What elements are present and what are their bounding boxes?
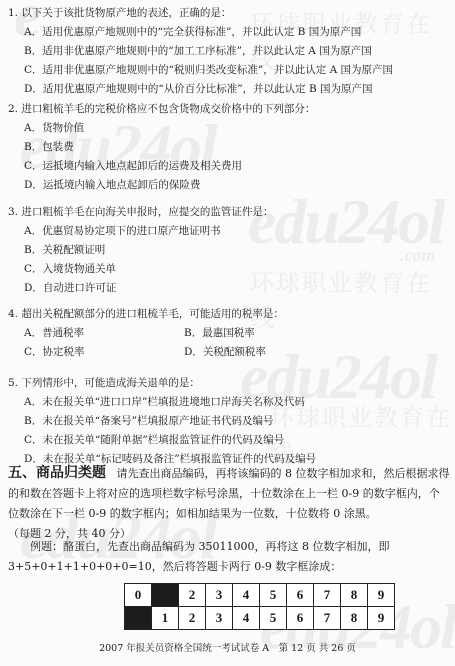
- question-stem: 5. 下列情形中，可能造成海关退单的是：: [8, 374, 316, 393]
- watermark-com: .com: [400, 245, 436, 266]
- option-c: C．运抵境内输入地点起卸后的运费及相关费用: [24, 157, 315, 176]
- digit-box[interactable]: 3: [206, 607, 233, 630]
- digit-box-filled[interactable]: 1: [152, 584, 179, 607]
- example-line-1: 例题：酪蛋白，先查出商品编码为 35011000，再将这 8 位数字相加，即: [8, 537, 450, 557]
- digit-box[interactable]: 2: [179, 607, 206, 630]
- digit-box-filled[interactable]: 0: [125, 607, 152, 630]
- digit-box[interactable]: 6: [287, 607, 314, 630]
- question-3: 3. 进口粗梳羊毛在向海关申报时，应提交的监管证件是： A．优惠贸易协定项下的进…: [8, 203, 273, 298]
- option-a: A．货物价值: [24, 119, 315, 138]
- option-b: B．未在报关单“备案号”栏填报原产地证书代码及编号: [24, 412, 316, 431]
- digit-box[interactable]: 6: [287, 584, 314, 607]
- question-5: 5. 下列情形中，可能造成海关退单的是： A．未在报关单“进口口岸”栏填报进境地…: [8, 374, 316, 469]
- question-2: 2. 进口粗梳羊毛的完税价格应不包含货物成交价格中的下列部分： A．货物价值 B…: [8, 100, 315, 195]
- digit-box[interactable]: 2: [179, 584, 206, 607]
- digit-box[interactable]: 4: [233, 607, 260, 630]
- watermark-logo: edu24ol: [248, 185, 444, 259]
- example-line-2: 3+5+0+1+1+0+0+0=10，然后将答题卡两行 0-9 数字框涂成：: [8, 557, 450, 577]
- option-a: A．优惠贸易协定项下的进口原产地证明书: [24, 222, 273, 241]
- example-block: 例题：酪蛋白，先查出商品编码为 35011000，再将这 8 位数字相加，即 3…: [8, 537, 450, 577]
- question-1: 1. 以下关于该批货物原产地的表述，正确的是： A．适用优惠原产地规则中的“完全…: [8, 4, 393, 99]
- answer-card-units-row: 0 1 2 3 4 5 6 7 8 9: [125, 607, 395, 630]
- option-d: D．适用优惠原产地规则中的“从价百分比标准”，并以此认定 B 国为原产国: [24, 80, 393, 99]
- digit-box[interactable]: 9: [368, 584, 395, 607]
- option-c: C．适用非优惠原产地规则中的“税则归类改变标准”，并以此认定 A 国为原产国: [24, 61, 393, 80]
- answer-card: 0 1 2 3 4 5 6 7 8 9 0 1 2 3 4 5 6 7 8 9: [124, 583, 395, 630]
- digit-box[interactable]: 1: [152, 607, 179, 630]
- option-d: D．关税配额税率: [184, 343, 384, 362]
- digit-box[interactable]: 7: [314, 607, 341, 630]
- option-b: B．关税配额证明: [24, 241, 273, 260]
- question-stem: 1. 以下关于该批货物原产地的表述，正确的是：: [8, 4, 393, 23]
- digit-box[interactable]: 8: [341, 607, 368, 630]
- question-4: 4. 超出关税配额部分的进口粗梳羊毛，可能适用的税率是： A．普通税率 B．最惠…: [8, 305, 384, 362]
- digit-box[interactable]: 7: [314, 584, 341, 607]
- question-stem: 3. 进口粗梳羊毛在向海关申报时，应提交的监管证件是：: [8, 203, 273, 222]
- digit-box[interactable]: 0: [125, 584, 152, 607]
- option-b: B．适用非优惠原产地规则中的“加工工序标准”，并以此认定 A 国为原产国: [24, 42, 393, 61]
- option-d: D．自动进口许可证: [24, 279, 273, 298]
- digit-box[interactable]: 5: [260, 607, 287, 630]
- section-five: 五、商品归类题 请先查出商品编码，再将该编码的 8 位数字相加求和，然后根据求得…: [8, 463, 450, 544]
- option-b: B．包装费: [24, 138, 315, 157]
- option-c: C．未在报关单“随附单据”栏填报监管证件的代码及编号: [24, 431, 316, 450]
- question-stem: 4. 超出关税配额部分的进口粗梳羊毛，可能适用的税率是：: [8, 305, 384, 324]
- option-b: B．最惠国税率: [184, 324, 384, 343]
- option-c: C．入境货物通关单: [24, 260, 273, 279]
- option-a: A．适用优惠原产地规则中的“完全获得标准”，并以此认定 B 国为原产国: [24, 23, 393, 42]
- page-footer: 2007 年报关员资格全国统一考试试卷 A 第 12 页 共 26 页: [0, 640, 455, 654]
- digit-box[interactable]: 5: [260, 584, 287, 607]
- digit-box[interactable]: 3: [206, 584, 233, 607]
- digit-box[interactable]: 4: [233, 584, 260, 607]
- digit-box[interactable]: 8: [341, 584, 368, 607]
- answer-card-tens-row: 0 1 2 3 4 5 6 7 8 9: [125, 584, 395, 607]
- option-d: D．运抵境内输入地点起卸后的保险费: [24, 176, 315, 195]
- question-stem: 2. 进口粗梳羊毛的完税价格应不包含货物成交价格中的下列部分：: [8, 100, 315, 119]
- section-title: 五、商品归类题: [8, 465, 106, 481]
- digit-box[interactable]: 9: [368, 607, 395, 630]
- option-a: A．未在报关单“进口口岸”栏填报进境地口岸海关名称及代码: [24, 393, 316, 412]
- option-a: A．普通税率: [24, 324, 184, 343]
- option-c: C．协定税率: [24, 343, 184, 362]
